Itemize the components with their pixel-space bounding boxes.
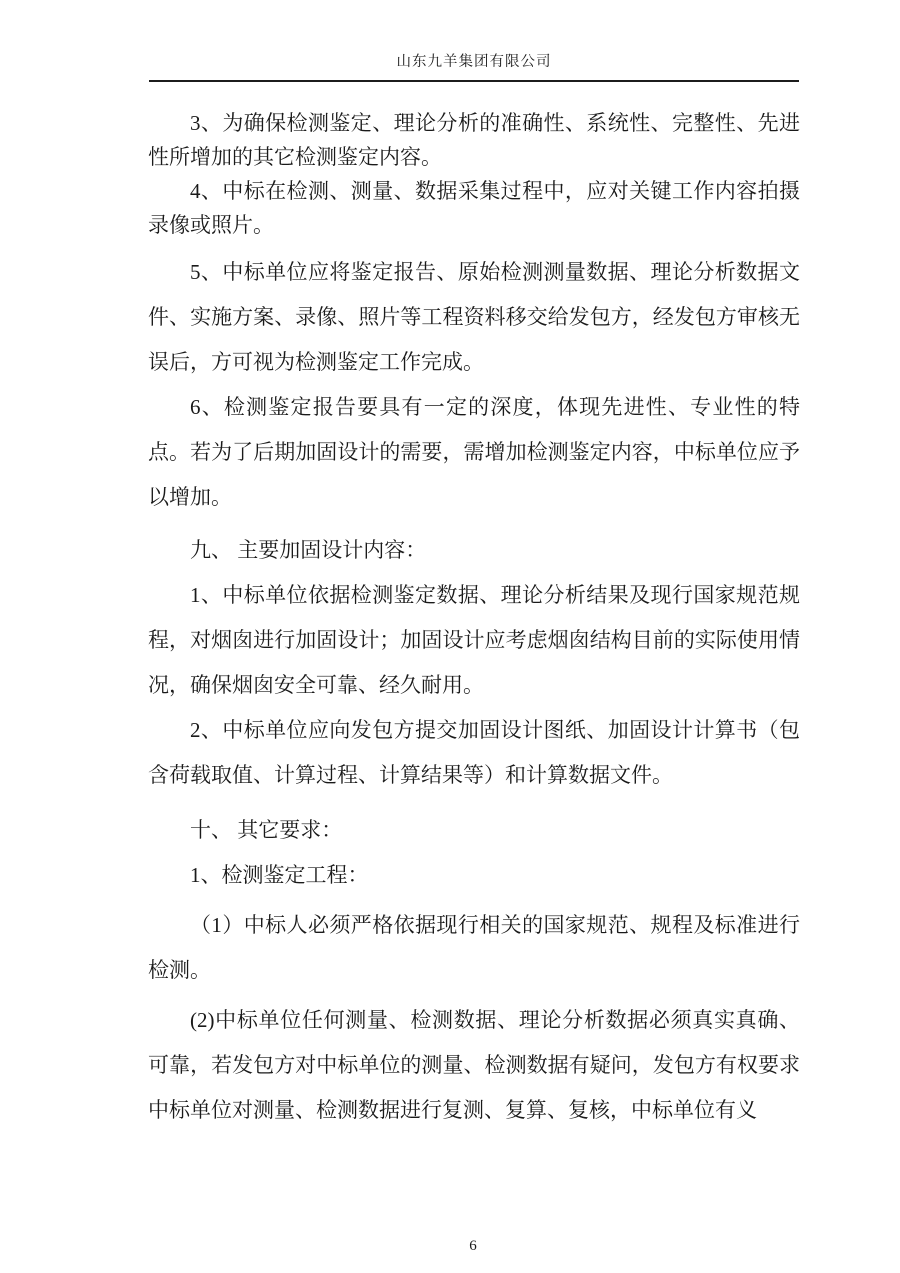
clause-6: 6、检测鉴定报告要具有一定的深度，体现先进性、专业性的特点。若为了后期加固设计的… (148, 385, 800, 520)
clause-3: 3、为确保检测鉴定、理论分析的准确性、系统性、完整性、先进性所增加的其它检测鉴定… (148, 106, 800, 174)
company-name: 山东九羊集团有限公司 (397, 54, 552, 70)
document-body: 3、为确保检测鉴定、理论分析的准确性、系统性、完整性、先进性所增加的其它检测鉴定… (148, 106, 800, 1133)
clause-5: 5、中标单位应将鉴定报告、原始检测测量数据、理论分析数据文件、实施方案、录像、照… (148, 250, 800, 385)
section-10-item-1: （1）中标人必须严格依据现行相关的国家规范、规程及标准进行检测。 (148, 903, 800, 993)
section-9-clause-2: 2、中标单位应向发包方提交加固设计图纸、加固设计计算书（包含荷载取值、计算过程、… (148, 708, 800, 798)
section-10-clause-1: 1、检测鉴定工程： (148, 853, 800, 898)
clause-4: 4、中标在检测、测量、数据采集过程中，应对关键工作内容拍摄录像或照片。 (148, 174, 800, 242)
section-9-heading: 九、 主要加固设计内容： (148, 528, 800, 573)
document-page: 山东九羊集团有限公司 3、为确保检测鉴定、理论分析的准确性、系统性、完整性、先进… (0, 0, 900, 1273)
section-10-item-2: (2)中标单位任何测量、检测数据、理论分析数据必须真实真确、可靠，若发包方对中标… (148, 998, 800, 1133)
page-footer: 6 (148, 1238, 798, 1255)
section-10-heading: 十、 其它要求： (148, 808, 800, 853)
section-9-clause-1: 1、中标单位依据检测鉴定数据、理论分析结果及现行国家规范规程，对烟囱进行加固设计… (148, 573, 800, 708)
page-header: 山东九羊集团有限公司 (149, 50, 799, 82)
page-number: 6 (469, 1238, 477, 1254)
